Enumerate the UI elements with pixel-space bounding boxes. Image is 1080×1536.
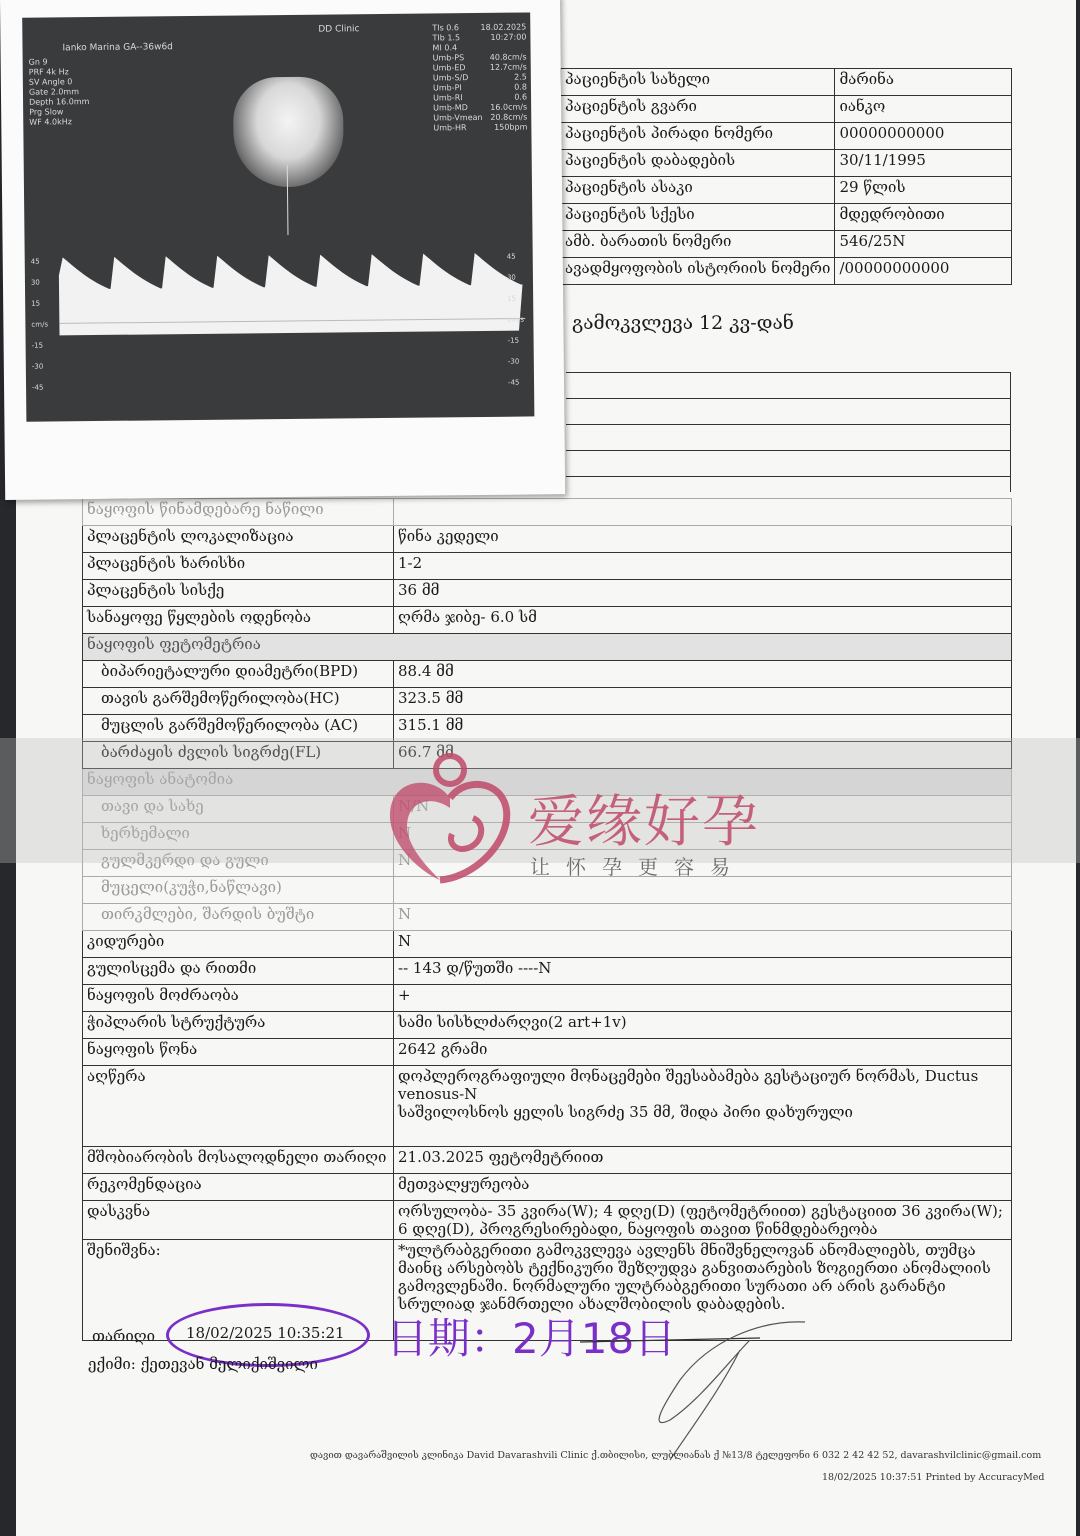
velocity-tick: cm/s: [507, 316, 524, 324]
row-label: ნაყოფის წინამდებარე ნაწილი: [83, 499, 394, 526]
row-value: 88.4 მმ: [394, 661, 1012, 688]
velocity-tick: 30: [31, 279, 40, 287]
row-value: +: [394, 985, 1012, 1012]
patient-info-row: პაციენტის სქესიმდედრობითი: [561, 204, 1012, 231]
blank-lines: [566, 372, 1011, 492]
row-value: ღრმა ჯიბე- 6.0 სმ: [394, 607, 1012, 634]
table-row-due-date: მშობიარობის მოსალოდნელი თარიღი21.03.2025…: [83, 1147, 1012, 1174]
table-row: კიდურებიN: [83, 931, 1012, 958]
patient-info-row: პაციენტის გვარიიანკო: [561, 96, 1012, 123]
row-label: მუცელი(კუჭი,ნაწლავი): [83, 877, 394, 904]
velocity-tick: 15: [507, 295, 516, 303]
velocity-tick: -15: [508, 337, 520, 345]
ultrasound-screen: DD Clinic Ianko Marina GA--36w6d Gn 9PRF…: [22, 12, 534, 421]
patient-info-value: მდედრობითი: [835, 204, 1012, 231]
patient-info-label: პაციენტის სქესი: [561, 204, 835, 231]
patient-info-row: პაციენტის სახელიმარინა: [561, 69, 1012, 96]
row-label: ნაყოფის მოძრაობა: [83, 985, 394, 1012]
mother-baby-heart-icon: [378, 748, 528, 888]
velocity-tick: -15: [32, 342, 44, 350]
table-row: ნაყოფის მოძრაობა+: [83, 985, 1012, 1012]
section-fetometry: ნაყოფის ფეტომეტრია: [83, 634, 1012, 661]
patient-info-label: პაციენტის სახელი: [561, 69, 835, 96]
row-label: თირკმლები, შარდის ბუშტი: [83, 904, 394, 931]
patient-info-value: მარინა: [835, 69, 1012, 96]
patient-info-label: პაციენტის პირადი ნომერი: [561, 123, 835, 150]
velocity-tick: 15: [31, 300, 40, 308]
table-row-partial: ნაყოფის წინამდებარე ნაწილი: [83, 499, 1012, 526]
velocity-tick: -30: [508, 358, 520, 366]
patient-info-value: 29 წლის: [835, 177, 1012, 204]
ultrasound-printout: DD Clinic Ianko Marina GA--36w6d Gn 9PRF…: [0, 0, 565, 500]
row-value: N: [394, 904, 1012, 931]
watermark-title: 爱缘好孕: [528, 778, 760, 858]
velocity-tick: cm/s: [31, 321, 48, 329]
printed-by-footer: 18/02/2025 10:37:51 Printed by AccuracyM…: [822, 1472, 1045, 1483]
table-row: პლაცენტის ხარისხი1-2: [83, 553, 1012, 580]
row-value: მეთვალყურეობა: [394, 1174, 1012, 1201]
row-value: [394, 499, 1012, 526]
patient-info-value: 546/25N: [835, 231, 1012, 258]
velocity-tick: -45: [508, 379, 520, 387]
section-header: ნაყოფის ფეტომეტრია: [83, 634, 1012, 661]
table-row: ნაყოფის წონა2642 გრამი: [83, 1039, 1012, 1066]
doctor-name: ექიმი: ქეთევან მელიქიშვილი: [88, 1355, 318, 1373]
exam-title: გამოკვლევა 12 კვ-დან: [572, 312, 794, 334]
row-value: დოპლეროგრაფიული მონაცემები შეესაბამება გ…: [394, 1066, 1012, 1147]
patient-info-value: იანკო: [835, 96, 1012, 123]
row-label: თავის გარშემოწერილობა(HC): [83, 688, 394, 715]
row-value: ორსულობა- 35 კვირა(W); 4 დღე(D) (ფეტომეტ…: [394, 1201, 1012, 1240]
signature-icon: [560, 1300, 820, 1490]
row-label: პლაცენტის ლოკალიზაცია: [83, 526, 394, 553]
row-label: პლაცენტის სისქე: [83, 580, 394, 607]
clinic-footer: დავით დავარაშვილის კლინიკა David Davaras…: [310, 1450, 1041, 1461]
row-value: 323.5 მმ: [394, 688, 1012, 715]
row-label: კიდურები: [83, 931, 394, 958]
table-row: რეკომენდაციამეთვალყურეობა: [83, 1174, 1012, 1201]
table-row: ჭიპლარის სტრუქტურასამი სისხლძარღვი(2 art…: [83, 1012, 1012, 1039]
row-label: აღწერა: [83, 1066, 394, 1147]
velocity-tick: -30: [32, 363, 44, 371]
row-label: ბიპარიეტალური დიამეტრი(BPD): [83, 661, 394, 688]
table-row: გულისცემა და რითმი-- 143 დ/წუთში ----N: [83, 958, 1012, 985]
row-value: -- 143 დ/წუთში ----N: [394, 958, 1012, 985]
row-label: ჭიპლარის სტრუქტურა: [83, 1012, 394, 1039]
patient-info-row: პაციენტის პირადი ნომერი00000000000: [561, 123, 1012, 150]
patient-info-label: ავადმყოფობის ისტორიის ნომერი: [561, 258, 835, 285]
patient-info-label: პაციენტის ასაკი: [561, 177, 835, 204]
patient-info-value: /00000000000: [835, 258, 1012, 285]
row-value: სამი სისხლძარღვი(2 art+1v): [394, 1012, 1012, 1039]
row-value: N: [394, 931, 1012, 958]
doppler-waveform: [22, 12, 534, 421]
watermark-logo: 爱缘好孕 让怀孕更容易: [378, 748, 798, 888]
exam-results-table: ნაყოფის წინამდებარე ნაწილიპლაცენტის ლოკა…: [82, 498, 1012, 1341]
table-row: თავის გარშემოწერილობა(HC)323.5 მმ: [83, 688, 1012, 715]
patient-info-row: ამბ. ბარათის ნომერი546/25N: [561, 231, 1012, 258]
row-label: მშობიარობის მოსალოდნელი თარიღი: [83, 1147, 394, 1174]
table-row: პლაცენტის სისქე36 მმ: [83, 580, 1012, 607]
row-label: გულისცემა და რითმი: [83, 958, 394, 985]
description-line: დოპლეროგრაფიული მონაცემები შეესაბამება გ…: [398, 1067, 1007, 1103]
patient-info-label: პაციენტის დაბადების: [561, 150, 835, 177]
row-label: ნაყოფის წონა: [83, 1039, 394, 1066]
watermark-subtitle: 让怀孕更容易: [530, 851, 746, 880]
row-value: 1-2: [394, 553, 1012, 580]
velocity-tick: 45: [507, 253, 516, 261]
date-label: თარიღი: [92, 1327, 155, 1345]
table-row: პლაცენტის ლოკალიზაციაწინა კედელი: [83, 526, 1012, 553]
patient-info-row: პაციენტის დაბადების30/11/1995: [561, 150, 1012, 177]
row-label: სანაყოფე წყლების ოდენობა: [83, 607, 394, 634]
row-value: 2642 გრამი: [394, 1039, 1012, 1066]
description-line: საშვილოსნოს ყელის სიგრძე 35 მმ, შიდა პირ…: [398, 1103, 1007, 1121]
patient-info-label: პაციენტის გვარი: [561, 96, 835, 123]
row-value: 36 მმ: [394, 580, 1012, 607]
table-row-conclusion: დასკვნაორსულობა- 35 კვირა(W); 4 დღე(D) (…: [83, 1201, 1012, 1240]
velocity-tick: 30: [507, 274, 516, 282]
patient-info-table: პაციენტის სახელიმარინაპაციენტის გვარიიან…: [560, 68, 1012, 285]
row-label: დასკვნა: [83, 1201, 394, 1240]
table-row: სანაყოფე წყლების ოდენობაღრმა ჯიბე- 6.0 ს…: [83, 607, 1012, 634]
row-value: წინა კედელი: [394, 526, 1012, 553]
velocity-tick: -45: [32, 384, 44, 392]
velocity-tick: 45: [31, 258, 40, 266]
row-label: რეკომენდაცია: [83, 1174, 394, 1201]
table-row-description: აღწერადოპლეროგრაფიული მონაცემები შეესაბა…: [83, 1066, 1012, 1147]
table-row: თირკმლები, შარდის ბუშტიN: [83, 904, 1012, 931]
patient-info-value: 00000000000: [835, 123, 1012, 150]
patient-info-label: ამბ. ბარათის ნომერი: [561, 231, 835, 258]
table-row: ბიპარიეტალური დიამეტრი(BPD)88.4 მმ: [83, 661, 1012, 688]
patient-info-value: 30/11/1995: [835, 150, 1012, 177]
row-value: 21.03.2025 ფეტომეტრიით: [394, 1147, 1012, 1174]
row-label: პლაცენტის ხარისხი: [83, 553, 394, 580]
patient-info-row: პაციენტის ასაკი29 წლის: [561, 177, 1012, 204]
patient-info-row: ავადმყოფობის ისტორიის ნომერი/00000000000: [561, 258, 1012, 285]
